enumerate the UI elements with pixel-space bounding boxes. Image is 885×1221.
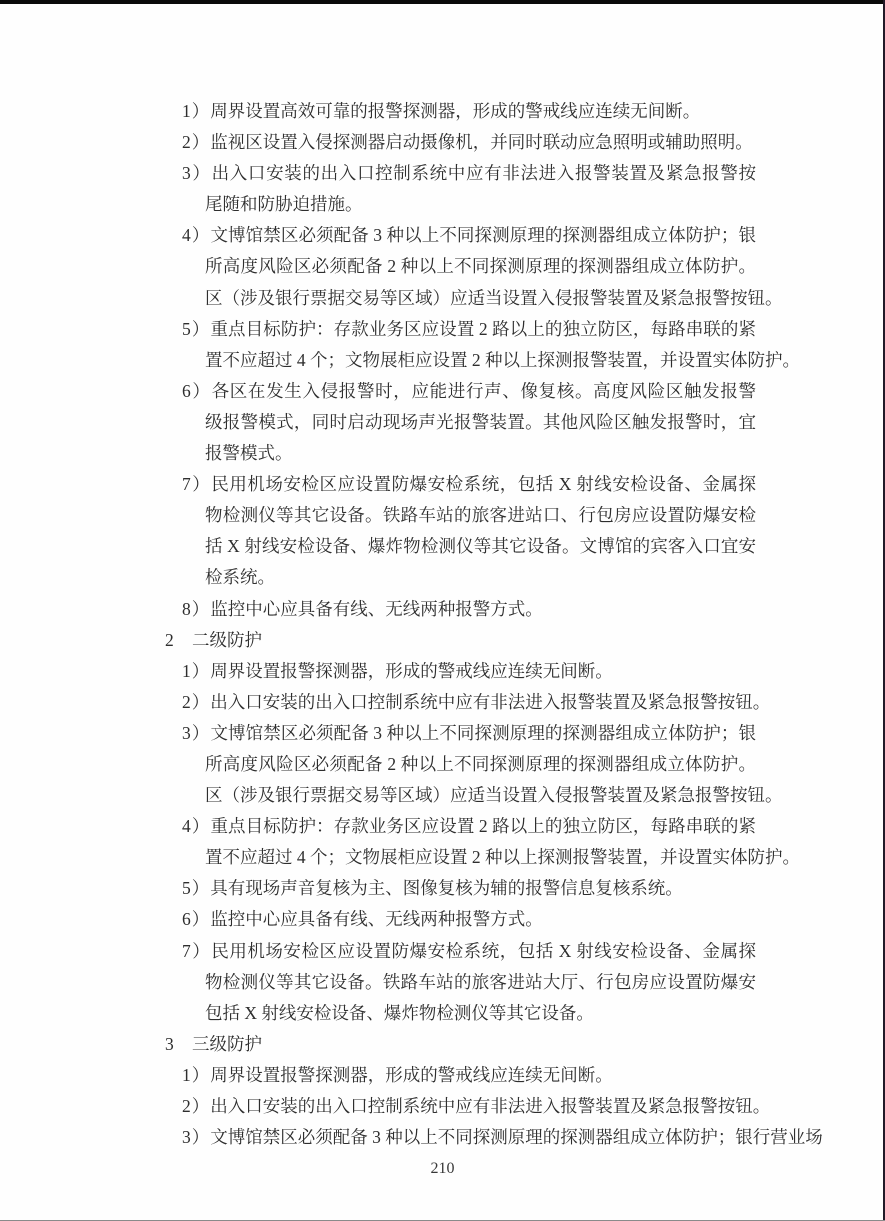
item-number: 3） [182, 163, 212, 183]
item-text: 出入口安装的出入口控制系统中应有非法进入报警装置及紧急报警按钮。宜有防 [182, 163, 756, 189]
item-text: 置不应超过 4 个；文物展柜应设置 2 种以上探测报警装置，并设置实体防护。 [205, 847, 800, 867]
list-item: 6）监控中心应具备有线、无线两种报警方式。 [182, 904, 756, 935]
item-text: 所高度风险区必须配备 2 种以上不同探测原理的探测器组成立体防护。中度风险 [205, 256, 756, 282]
section-heading: 3三级防护 [165, 1029, 756, 1060]
text-line: 级报警模式，同时启动现场声光报警装置。其他风险区触发报警时，宜采用二级 [182, 407, 756, 438]
page-number: 210 [0, 1160, 885, 1178]
item-text: 区（涉及银行票据交易等区域）应适当设置入侵报警装置及紧急报警按钮。 [205, 785, 783, 805]
list-item: 7）民用机场安检区应设置防爆安检系统，包括 X 射线安检设备、金属探测门、爆炸物… [182, 469, 756, 593]
list-item: 8）监控中心应具备有线、无线两种报警方式。 [182, 594, 756, 625]
text-line: 1）周界设置报警探测器，形成的警戒线应连续无间断。 [182, 656, 756, 687]
item-number: 8） [182, 599, 210, 619]
item-text: 检系统。 [205, 567, 275, 587]
list-item: 3）出入口安装的出入口控制系统中应有非法进入报警装置及紧急报警按钮。宜有防尾随和… [182, 158, 756, 220]
section-title: 三级防护 [192, 1034, 262, 1054]
section-title: 二级防护 [192, 630, 262, 650]
text-line: 报警模式。 [182, 438, 756, 469]
list-item: 7）民用机场安检区应设置防爆安检系统，包括 X 射线安检设备、金属探测门、爆炸物… [182, 936, 756, 1029]
text-line: 1）周界设置报警探测器，形成的警戒线应连续无间断。 [182, 1060, 756, 1091]
text-line: 7）民用机场安检区应设置防爆安检系统，包括 X 射线安检设备、金属探测门、爆炸 [182, 469, 756, 500]
list-item: 4）文博馆禁区必须配备 3 种以上不同探测原理的探测器组成立体防护；银行营业场所… [182, 220, 756, 313]
list-item: 1）周界设置报警探测器，形成的警戒线应连续无间断。 [182, 1060, 756, 1091]
list-item: 3）文博馆禁区必须配备 3 种以上不同探测原理的探测器组成立体防护；银行营业场 [182, 1122, 756, 1153]
list-item: 6）各区在发生入侵报警时，应能进行声、像复核。高度风险区触发报警时，应为一级报警… [182, 376, 756, 469]
text-line: 3）文博馆禁区必须配备 3 种以上不同探测原理的探测器组成立体防护；银行营业场 [182, 718, 756, 749]
list-item: 5）具有现场声音复核为主、图像复核为辅的报警信息复核系统。 [182, 873, 756, 904]
text-line: 4）文博馆禁区必须配备 3 种以上不同探测原理的探测器组成立体防护；银行营业场 [182, 220, 756, 251]
text-line: 2）监视区设置入侵探测器启动摄像机，并同时联动应急照明或辅助照明。 [182, 127, 756, 158]
item-text: 民用机场安检区应设置防爆安检系统，包括 X 射线安检设备、金属探测门、爆炸 [182, 474, 756, 500]
text-line: 3）出入口安装的出入口控制系统中应有非法进入报警装置及紧急报警按钮。宜有防 [182, 158, 756, 189]
item-text: 报警模式。 [205, 443, 293, 463]
text-line: 置不应超过 4 个；文物展柜应设置 2 种以上探测报警装置，并设置实体防护。 [182, 842, 756, 873]
list-item: 4）重点目标防护：存款业务区应设置 2 路以上的独立防区，每路串联的紧急报警装置… [182, 811, 756, 873]
document-page: 1）周界设置高效可靠的报警探测器，形成的警戒线应连续无间断。2）监视区设置入侵探… [0, 0, 885, 1221]
item-text: 物检测仪等其它设备。铁路车站的旅客进站口、行包房应设置防爆安检系统，包 [205, 505, 756, 531]
text-line: 物检测仪等其它设备。铁路车站的旅客进站口、行包房应设置防爆安检系统，包 [182, 500, 756, 531]
text-line: 6）各区在发生入侵报警时，应能进行声、像复核。高度风险区触发报警时，应为一 [182, 376, 756, 407]
list-item: 2）出入口安装的出入口控制系统中应有非法进入报警装置及紧急报警按钮。 [182, 1091, 756, 1122]
text-line: 检系统。 [182, 562, 756, 593]
item-text: 出入口安装的出入口控制系统中应有非法进入报警装置及紧急报警按钮。 [210, 1096, 770, 1116]
item-number: 1） [182, 101, 210, 121]
item-number: 5） [182, 319, 210, 339]
item-number: 6） [182, 909, 210, 929]
item-number: 3） [182, 723, 210, 743]
text-line: 区（涉及银行票据交易等区域）应适当设置入侵报警装置及紧急报警按钮。 [182, 283, 756, 314]
item-text: 重点目标防护：存款业务区应设置 2 路以上的独立防区，每路串联的紧急报警装 [182, 816, 756, 842]
list-item: 1）周界设置高效可靠的报警探测器，形成的警戒线应连续无间断。 [182, 96, 756, 127]
item-number: 2） [182, 1096, 210, 1116]
item-text: 物检测仪等其它设备。铁路车站的旅客进站大厅、行包房应设置防爆安检系统， [205, 972, 756, 998]
item-text: 区（涉及银行票据交易等区域）应适当设置入侵报警装置及紧急报警按钮。 [205, 288, 783, 308]
text-line: 2）出入口安装的出入口控制系统中应有非法进入报警装置及紧急报警按钮。 [182, 687, 756, 718]
item-text: 各区在发生入侵报警时，应能进行声、像复核。高度风险区触发报警时，应为一 [182, 381, 756, 407]
text-line: 5）重点目标防护：存款业务区应设置 2 路以上的独立防区，每路串联的紧急报警装 [182, 314, 756, 345]
item-number: 2） [182, 692, 210, 712]
item-number: 1） [182, 661, 210, 681]
section-line: 2二级防护 [165, 625, 756, 656]
list-item: 1）周界设置报警探测器，形成的警戒线应连续无间断。 [182, 656, 756, 687]
item-text: 出入口安装的出入口控制系统中应有非法进入报警装置及紧急报警按钮。 [210, 692, 770, 712]
text-line: 7）民用机场安检区应设置防爆安检系统，包括 X 射线安检设备、金属探测门、爆炸 [182, 936, 756, 967]
item-text: 重点目标防护：存款业务区应设置 2 路以上的独立防区，每路串联的紧急报警装 [182, 319, 756, 345]
item-text: 周界设置高效可靠的报警探测器，形成的警戒线应连续无间断。 [210, 101, 700, 121]
list-item: 2）出入口安装的出入口控制系统中应有非法进入报警装置及紧急报警按钮。 [182, 687, 756, 718]
list-item: 3）文博馆禁区必须配备 3 种以上不同探测原理的探测器组成立体防护；银行营业场所… [182, 718, 756, 811]
item-number: 7） [182, 941, 211, 961]
section-heading: 2二级防护 [165, 625, 756, 656]
item-text: 周界设置报警探测器，形成的警戒线应连续无间断。 [210, 661, 613, 681]
text-line: 1）周界设置高效可靠的报警探测器，形成的警戒线应连续无间断。 [182, 96, 756, 127]
item-text: 周界设置报警探测器，形成的警戒线应连续无间断。 [210, 1065, 613, 1085]
text-line: 尾随和防胁迫措施。 [182, 189, 756, 220]
item-text: 文博馆禁区必须配备 3 种以上不同探测原理的探测器组成立体防护；银行营业场 [182, 723, 756, 749]
item-number: 4） [182, 816, 210, 836]
item-text: 具有现场声音复核为主、图像复核为辅的报警信息复核系统。 [210, 878, 683, 898]
text-line: 2）出入口安装的出入口控制系统中应有非法进入报警装置及紧急报警按钮。 [182, 1091, 756, 1122]
item-text: 置不应超过 4 个；文物展柜应设置 2 种以上探测报警装置，并设置实体防护。 [205, 350, 800, 370]
item-number: 6） [182, 381, 212, 401]
item-number: 3） [182, 1127, 210, 1147]
item-text: 括 X 射线安检设备、爆炸物检测仪等其它设备。文博馆的宾客入口宜安装防爆安 [205, 536, 756, 562]
text-line: 5）具有现场声音复核为主、图像复核为辅的报警信息复核系统。 [182, 873, 756, 904]
item-text: 监控中心应具备有线、无线两种报警方式。 [210, 599, 543, 619]
text-line: 置不应超过 4 个；文物展柜应设置 2 种以上探测报警装置，并设置实体防护。 [182, 345, 756, 376]
item-number: 4） [182, 225, 210, 245]
item-number: 5） [182, 878, 210, 898]
item-text: 级报警模式，同时启动现场声光报警装置。其他风险区触发报警时，宜采用二级 [205, 412, 756, 438]
item-number: 2） [182, 132, 210, 152]
item-text: 文博馆禁区必须配备 3 种以上不同探测原理的探测器组成立体防护；银行营业场 [210, 1127, 823, 1147]
item-number: 1） [182, 1065, 210, 1085]
scan-top-edge [0, 0, 885, 4]
section-number: 3 [165, 1029, 192, 1060]
section-number: 2 [165, 625, 192, 656]
text-line: 所高度风险区必须配备 2 种以上不同探测原理的探测器组成立体防护。中度风险 [182, 749, 756, 780]
list-item: 5）重点目标防护：存款业务区应设置 2 路以上的独立防区，每路串联的紧急报警装置… [182, 314, 756, 376]
text-line: 包括 X 射线安检设备、爆炸物检测仪等其它设备。 [182, 998, 756, 1029]
item-text: 包括 X 射线安检设备、爆炸物检测仪等其它设备。 [205, 1003, 594, 1023]
item-text: 文博馆禁区必须配备 3 种以上不同探测原理的探测器组成立体防护；银行营业场 [182, 225, 756, 251]
item-text: 民用机场安检区应设置防爆安检系统，包括 X 射线安检设备、金属探测门、爆炸 [182, 941, 756, 967]
text-line: 4）重点目标防护：存款业务区应设置 2 路以上的独立防区，每路串联的紧急报警装 [182, 811, 756, 842]
text-line: 物检测仪等其它设备。铁路车站的旅客进站大厅、行包房应设置防爆安检系统， [182, 967, 756, 998]
text-line: 8）监控中心应具备有线、无线两种报警方式。 [182, 594, 756, 625]
item-text: 监控中心应具备有线、无线两种报警方式。 [210, 909, 543, 929]
item-text: 所高度风险区必须配备 2 种以上不同探测原理的探测器组成立体防护。中度风险 [205, 754, 756, 780]
text-line: 所高度风险区必须配备 2 种以上不同探测原理的探测器组成立体防护。中度风险 [182, 251, 756, 282]
section-line: 3三级防护 [165, 1029, 756, 1060]
text-line: 3）文博馆禁区必须配备 3 种以上不同探测原理的探测器组成立体防护；银行营业场 [182, 1122, 756, 1153]
text-line: 括 X 射线安检设备、爆炸物检测仪等其它设备。文博馆的宾客入口宜安装防爆安 [182, 531, 756, 562]
item-text: 监视区设置入侵探测器启动摄像机，并同时联动应急照明或辅助照明。 [210, 132, 753, 152]
text-line: 区（涉及银行票据交易等区域）应适当设置入侵报警装置及紧急报警按钮。 [182, 780, 756, 811]
item-text: 尾随和防胁迫措施。 [205, 194, 363, 214]
text-line: 6）监控中心应具备有线、无线两种报警方式。 [182, 904, 756, 935]
list-item: 2）监视区设置入侵探测器启动摄像机，并同时联动应急照明或辅助照明。 [182, 127, 756, 158]
document-body: 1）周界设置高效可靠的报警探测器，形成的警戒线应连续无间断。2）监视区设置入侵探… [165, 96, 756, 1153]
item-number: 7） [182, 474, 211, 494]
